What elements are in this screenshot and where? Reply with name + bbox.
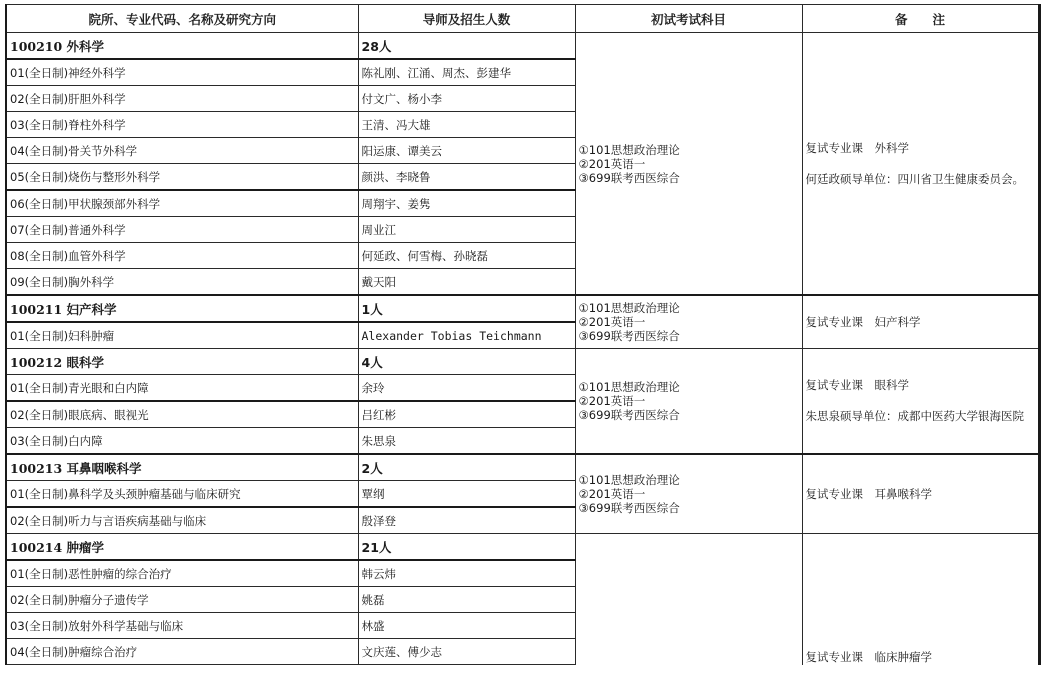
exam-subject: ③699联考西医综合 (579, 501, 799, 515)
direction-name: 03(全日制)放射外科学基础与临床 (6, 613, 358, 639)
remark-line: 复试专业课 外科学 (806, 141, 1034, 156)
header-tutors-quota: 导师及招生人数 (358, 5, 575, 33)
direction-tutors: 朱思泉 (358, 428, 575, 455)
exam-subject: ②201英语一 (579, 394, 799, 408)
admissions-table-sheet: 院所、专业代码、名称及研究方向 导师及招生人数 初试考试科目 备 注 10021… (5, 4, 1038, 665)
direction-name: 05(全日制)烧伤与整形外科学 (6, 164, 358, 191)
remark-line: 朱思泉硕导单位：成都中医药大学银海医院 (806, 409, 1034, 424)
remark-line: 何廷政硕导单位：四川省卫生健康委员会。 (806, 172, 1034, 187)
major-row: 100211 妇产科学 1人 ①101思想政治理论 ②201英语一 ③699联考… (6, 295, 1039, 322)
exam-subject: ①101思想政治理论 (579, 143, 799, 157)
remark-line: 复试专业课 临床肿瘤学 (806, 650, 1034, 665)
exam-subject: ③699联考西医综合 (579, 408, 799, 422)
major-title: 100214 肿瘤学 (6, 534, 358, 561)
direction-name: 09(全日制)胸外科学 (6, 269, 358, 296)
direction-tutors: 吕红彬 (358, 401, 575, 428)
direction-name: 06(全日制)甲状腺颈部外科学 (6, 190, 358, 217)
major-title: 100213 耳鼻咽喉科学 (6, 454, 358, 481)
direction-name: 01(全日制)恶性肿瘤的综合治疗 (6, 560, 358, 587)
exam-subject: ②201英语一 (579, 487, 799, 501)
direction-name: 02(全日制)眼底病、眼视光 (6, 401, 358, 428)
exam-subject: ③699联考西医综合 (579, 329, 799, 343)
direction-tutors: 何延政、何雪梅、孙晓磊 (358, 243, 575, 269)
direction-name: 07(全日制)普通外科学 (6, 217, 358, 243)
direction-name: 04(全日制)肿瘤综合治疗 (6, 639, 358, 665)
direction-tutors: 林盛 (358, 613, 575, 639)
remark-line: 复试专业课 耳鼻喉科学 (806, 487, 1034, 502)
header-remarks: 备 注 (802, 5, 1039, 33)
remark-line: 复试专业课 妇产科学 (806, 315, 1034, 330)
quota-count: 4人 (358, 349, 575, 375)
major-row: 100213 耳鼻咽喉科学 2人 ①101思想政治理论 ②201英语一 ③699… (6, 454, 1039, 481)
exam-subjects: ①101思想政治理论 ②201英语一 ③699联考西医综合 (575, 454, 802, 534)
direction-name: 08(全日制)血管外科学 (6, 243, 358, 269)
exam-subject: ①101思想政治理论 (579, 380, 799, 394)
major-row: 100214 肿瘤学 21人 复试专业课 临床肿瘤学 (6, 534, 1039, 561)
quota-count: 21人 (358, 534, 575, 561)
direction-name: 01(全日制)鼻科学及头颈肿瘤基础与临床研究 (6, 481, 358, 508)
direction-name: 02(全日制)肝胆外科学 (6, 86, 358, 112)
direction-name: 04(全日制)骨关节外科学 (6, 138, 358, 164)
direction-tutors: 覃纲 (358, 481, 575, 508)
admissions-table: 院所、专业代码、名称及研究方向 导师及招生人数 初试考试科目 备 注 10021… (5, 4, 1041, 665)
direction-tutors: 文庆莲、傅少志 (358, 639, 575, 665)
direction-tutors: 周业江 (358, 217, 575, 243)
remarks: 复试专业课 外科学 何廷政硕导单位：四川省卫生健康委员会。 (802, 33, 1039, 296)
exam-subject: ②201英语一 (579, 157, 799, 171)
remarks: 复试专业课 眼科学 朱思泉硕导单位：成都中医药大学银海医院 (802, 349, 1039, 455)
exam-subject: ②201英语一 (579, 315, 799, 329)
exam-subjects: ①101思想政治理论 ②201英语一 ③699联考西医综合 (575, 349, 802, 455)
exam-subjects (575, 534, 802, 665)
direction-tutors: 王清、冯大雄 (358, 112, 575, 138)
major-title: 100212 眼科学 (6, 349, 358, 375)
direction-tutors: 姚磊 (358, 587, 575, 613)
major-title: 100211 妇产科学 (6, 295, 358, 322)
direction-tutors: Alexander Tobias Teichmann (358, 322, 575, 349)
exam-subjects: ①101思想政治理论 ②201英语一 ③699联考西医综合 (575, 295, 802, 349)
direction-name: 01(全日制)妇科肿瘤 (6, 322, 358, 349)
major-row: 100210 外科学 28人 ①101思想政治理论 ②201英语一 ③699联考… (6, 33, 1039, 60)
quota-count: 1人 (358, 295, 575, 322)
direction-name: 02(全日制)肿瘤分子遗传学 (6, 587, 358, 613)
direction-tutors: 周翔宇、姜隽 (358, 190, 575, 217)
direction-tutors: 韩云炜 (358, 560, 575, 587)
direction-tutors: 付文广、杨小李 (358, 86, 575, 112)
exam-subjects: ①101思想政治理论 ②201英语一 ③699联考西医综合 (575, 33, 802, 296)
direction-name: 01(全日制)青光眼和白内障 (6, 375, 358, 402)
exam-subject: ③699联考西医综合 (579, 171, 799, 185)
direction-tutors: 殷泽登 (358, 507, 575, 534)
remarks: 复试专业课 耳鼻喉科学 (802, 454, 1039, 534)
direction-tutors: 余玲 (358, 375, 575, 402)
remark-line: 复试专业课 眼科学 (806, 378, 1034, 393)
major-row: 100212 眼科学 4人 ①101思想政治理论 ②201英语一 ③699联考西… (6, 349, 1039, 375)
direction-name: 02(全日制)听力与言语疾病基础与临床 (6, 507, 358, 534)
table-header-row: 院所、专业代码、名称及研究方向 导师及招生人数 初试考试科目 备 注 (6, 5, 1039, 33)
direction-tutors: 陈礼刚、江涌、周杰、彭建华 (358, 59, 575, 86)
major-title: 100210 外科学 (6, 33, 358, 60)
remarks: 复试专业课 临床肿瘤学 (802, 534, 1039, 665)
direction-name: 01(全日制)神经外科学 (6, 59, 358, 86)
header-department-major: 院所、专业代码、名称及研究方向 (6, 5, 358, 33)
quota-count: 2人 (358, 454, 575, 481)
direction-name: 03(全日制)脊柱外科学 (6, 112, 358, 138)
direction-tutors: 阳运康、谭美云 (358, 138, 575, 164)
direction-tutors: 颜洪、李晓鲁 (358, 164, 575, 191)
remarks: 复试专业课 妇产科学 (802, 295, 1039, 349)
header-exam-subjects: 初试考试科目 (575, 5, 802, 33)
exam-subject: ①101思想政治理论 (579, 301, 799, 315)
direction-tutors: 戴天阳 (358, 269, 575, 296)
quota-count: 28人 (358, 33, 575, 60)
direction-name: 03(全日制)白内障 (6, 428, 358, 455)
exam-subject: ①101思想政治理论 (579, 473, 799, 487)
